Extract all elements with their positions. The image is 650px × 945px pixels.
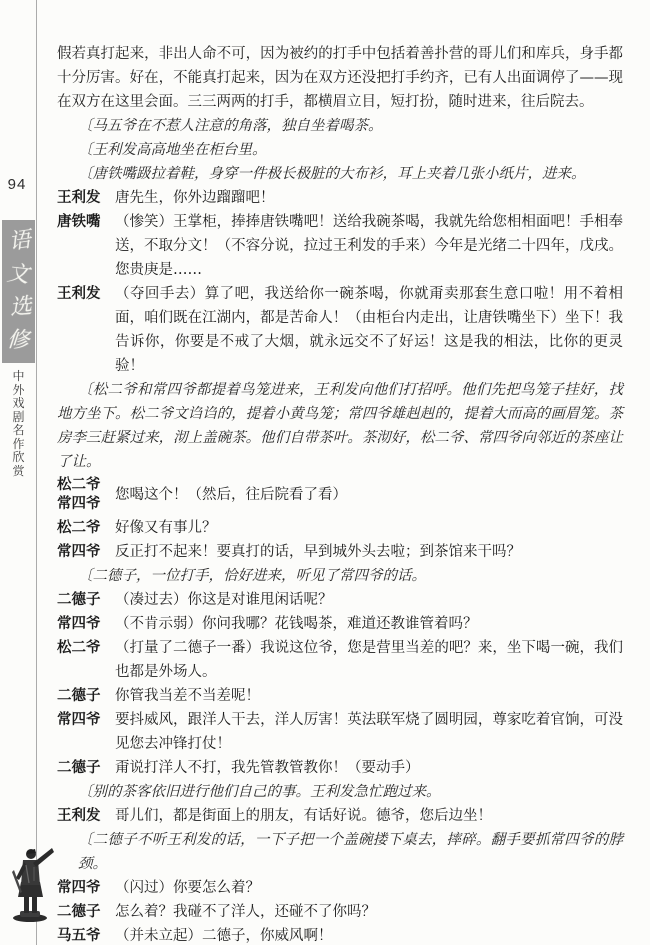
speaker-name: 二德子	[57, 588, 109, 612]
speech-text: 甭说打洋人不打，我先管教管教你！（要动手）	[115, 756, 623, 780]
banner-char: 选	[10, 296, 34, 320]
caption-char: 剧	[12, 411, 24, 425]
speech-text: （惨笑）王掌柜，捧捧唐铁嘴吧！送给我碗茶喝，我就先给您相相面吧！手相奉送，不取分…	[115, 210, 623, 282]
dialogue-row: 二德子 怎么着？我碰不了洋人，还碰不了你吗？	[57, 900, 623, 924]
speech-text: 要抖威风，跟洋人干去，洋人厉害！英法联军烧了圆明园，尊家吃着官饷，可没见您去冲锋…	[115, 708, 623, 756]
speaker-name: 常四爷	[57, 540, 109, 564]
stage-direction: 〔二德子，一位打手，恰好进来，听见了常四爷的话。	[57, 564, 623, 588]
speaker-name: 常四爷	[57, 876, 109, 900]
caption-char: 外	[12, 384, 24, 398]
dialogue-row: 松二爷 好像又有事儿？	[57, 516, 623, 540]
speech-text: （凑过去）你这是对谁甩闲话呢？	[115, 588, 623, 612]
dialogue-row: 常四爷 要抖威风，跟洋人干去，洋人厉害！英法联军烧了圆明园，尊家吃着官饷，可没见…	[57, 708, 623, 756]
speech-text: 好像又有事儿？	[115, 516, 623, 540]
speech-text: 反正打不起来！要真打的话，早到城外头去啦；到茶馆来干吗？	[115, 540, 623, 564]
narration-paragraph: 假若真打起来，非出人命不可，因为被约的打手中包括着善扑营的哥儿们和库兵，身手都十…	[57, 42, 623, 114]
speech-text: 哥儿们，都是街面上的朋友，有话好说。德爷，您后边坐！	[115, 804, 623, 828]
speech-text: 怎么着？我碰不了洋人，还碰不了你吗？	[115, 900, 623, 924]
stage-direction: 〔唐铁嘴趿拉着鞋，身穿一件极长极脏的大布衫，耳上夹着几张小纸片，进来。	[57, 162, 623, 186]
speech-text: （并未立起）二德子，你威风啊！	[115, 924, 623, 945]
speaker-name: 常四爷	[57, 708, 109, 732]
dialogue-row: 王利发 （夺回手去）算了吧，我送给你一碗茶喝，你就甭卖那套生意口啦！用不着相面，…	[57, 282, 623, 378]
speaker-name: 王利发	[57, 282, 109, 306]
dialogue-row: 王利发 哥儿们，都是街面上的朋友，有话好说。德爷，您后边坐！	[57, 804, 623, 828]
warrior-statue-icon	[4, 845, 58, 923]
speaker-name: 王利发	[57, 804, 109, 828]
speech-text: （打量了二德子一番）我说这位爷，您是营里当差的吧？来，坐下喝一碗，我们也都是外场…	[115, 636, 623, 684]
speaker-name: 常四爷	[57, 612, 109, 636]
dialogue-row-dual: 松二爷 常四爷 您喝这个！（然后，往后院看了看）	[57, 474, 623, 516]
speech-text: （不肯示弱）你问我哪？花钱喝茶，难道还教谁管着吗？	[115, 612, 623, 636]
speaker-name: 松二爷	[57, 636, 109, 660]
speaker-name: 常四爷	[57, 495, 109, 514]
dialogue-row: 常四爷 （闪过）你要怎么着？	[57, 876, 623, 900]
dual-speaker-names: 松二爷 常四爷	[57, 476, 109, 514]
caption-char: 名	[12, 424, 24, 438]
stage-direction: 〔别的茶客依旧进行他们自己的事。王利发急忙跑过来。	[57, 780, 623, 804]
stage-direction: 〔松二爷和常四爷都提着鸟笼进来，王利发向他们打招呼。他们先把鸟笼子挂好，找地方坐…	[57, 378, 623, 474]
speaker-name: 松二爷	[57, 516, 109, 540]
banner-char: 文	[6, 263, 30, 287]
speech-text: 你管我当差不当差呢！	[115, 684, 623, 708]
speaker-name: 二德子	[57, 900, 109, 924]
stage-direction: 〔马五爷在不惹人注意的角落，独自坐着喝茶。	[57, 114, 623, 138]
dialogue-row: 常四爷 （不肯示弱）你问我哪？花钱喝茶，难道还教谁管着吗？	[57, 612, 623, 636]
speech-text: 您喝这个！（然后，往后院看了看）	[115, 483, 623, 507]
dialogue-row: 王利发 唐先生，你外边蹓蹓吧！	[57, 186, 623, 210]
dialogue-row: 二德子 你管我当差不当差呢！	[57, 684, 623, 708]
page-number: 94	[0, 176, 34, 193]
series-subtitle: 中 外 戏 剧 名 作 欣 赏	[2, 370, 35, 478]
banner-char: 修	[7, 329, 30, 352]
caption-char: 欣	[12, 451, 24, 465]
dialogue-row: 常四爷 反正打不起来！要真打的话，早到城外头去啦；到茶馆来干吗？	[57, 540, 623, 564]
play-script: 假若真打起来，非出人命不可，因为被约的打手中包括着善扑营的哥儿们和库兵，身手都十…	[57, 42, 623, 945]
series-title-banner: 语 文 选 修	[2, 220, 35, 363]
caption-char: 中	[12, 370, 24, 384]
stage-direction: 〔王利发高高地坐在柜台里。	[57, 138, 623, 162]
speaker-name: 马五爷	[57, 924, 109, 945]
speech-text: 唐先生，你外边蹓蹓吧！	[115, 186, 623, 210]
textbook-page: 94 语 文 选 修 中 外 戏 剧 名 作 欣 赏 假若真打起来，非出人命不可…	[0, 0, 650, 945]
speech-text: （夺回手去）算了吧，我送给你一碗茶喝，你就甭卖那套生意口啦！用不着相面，咱们既在…	[115, 282, 623, 378]
speaker-name: 唐铁嘴	[57, 210, 109, 234]
caption-char: 戏	[12, 397, 24, 411]
caption-char: 作	[12, 438, 24, 452]
dialogue-row: 二德子 （凑过去）你这是对谁甩闲话呢？	[57, 588, 623, 612]
stage-direction: 〔二德子不听王利发的话，一下子把一个盖碗搂下桌去，摔碎。翻手要抓常四爷的脖颈。	[57, 828, 623, 876]
dialogue-row: 马五爷 （并未立起）二德子，你威风啊！	[57, 924, 623, 945]
dialogue-row: 松二爷 （打量了二德子一番）我说这位爷，您是营里当差的吧？来，坐下喝一碗，我们也…	[57, 636, 623, 684]
margin-rule	[36, 0, 37, 945]
dialogue-row: 唐铁嘴 （惨笑）王掌柜，捧捧唐铁嘴吧！送给我碗茶喝，我就先给您相相面吧！手相奉送…	[57, 210, 623, 282]
caption-char: 赏	[12, 465, 24, 479]
speech-text: （闪过）你要怎么着？	[115, 876, 623, 900]
speaker-name: 二德子	[57, 756, 109, 780]
speaker-name: 二德子	[57, 684, 109, 708]
speaker-name: 松二爷	[57, 476, 109, 495]
dialogue-row: 二德子 甭说打洋人不打，我先管教管教你！（要动手）	[57, 756, 623, 780]
banner-char: 语	[8, 230, 33, 255]
speaker-name: 王利发	[57, 186, 109, 210]
